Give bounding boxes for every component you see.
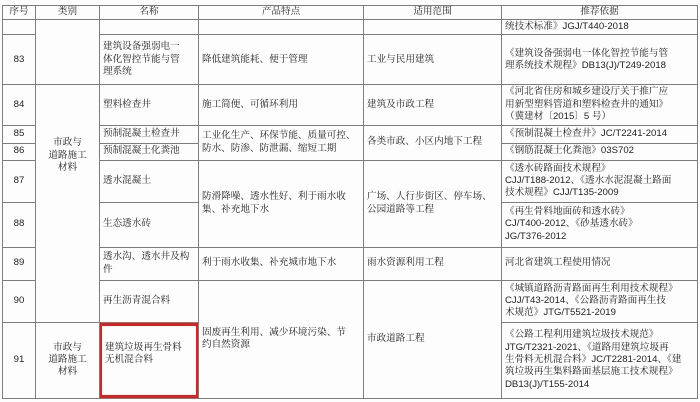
table-row-84: 84 市政与 道路施工 材料 塑料检查井 施工简便、可循环利用 建筑及市政工程 …: [3, 85, 698, 125]
cell-87-basis: 《透水砖路面技术规程》 CJJ/T188-2012、《透水水泥混凝土路面 技术规…: [502, 160, 698, 202]
cell-88-basis: 《再生骨料地面砖和透水砖》 CJ/T400-2012、《砂基透水砖》 JG/T3…: [502, 202, 698, 247]
cell-89-basis: 河北省建筑工程使用情况: [502, 247, 698, 280]
cell-84-no: 84: [3, 85, 36, 125]
table-row-89: 89 透水沟、透水井及构 件 利于雨水收集、补充城市地下水 雨水资源利用工程 河…: [3, 247, 698, 280]
table-row-83: 83 建筑设备强弱电一 体化智控节能与管 理系统 降低建筑能耗、便于管理 工业与…: [3, 35, 698, 85]
cell-85-basis: 《预制混凝土检查井》JC/T2241-2014: [502, 125, 698, 143]
col-header-no: 序号: [3, 6, 36, 20]
cell-89-scope: 雨水资源利用工程: [364, 247, 502, 280]
cell-89-no: 89: [3, 247, 36, 280]
cell-87-88-features: 防滑降噪、透水性好、利于雨水收 集、补充地下水: [199, 160, 364, 247]
cell-cont-features: [199, 20, 364, 35]
cell-cont-basis: 统技术标准》JGJ/T440-2018: [502, 20, 698, 35]
cell-91-name: 建筑垃圾再生骨料 无机混合料: [100, 322, 199, 398]
cell-88-name: 生态透水砖: [100, 202, 199, 247]
cell-83-features: 降低建筑能耗、便于管理: [199, 35, 364, 85]
cell-cont-name: [100, 20, 199, 35]
cell-91-basis: 《公路工程利用建筑垃圾技术规范》 JTG/T2321-2021、《道路用建筑垃圾…: [502, 322, 698, 398]
cell-87-name: 透水混凝土: [100, 160, 199, 202]
cell-83-scope: 工业与民用建筑: [364, 35, 502, 85]
col-header-category: 类别: [36, 6, 100, 20]
cell-84-scope: 建筑及市政工程: [364, 85, 502, 125]
cell-88-no: 88: [3, 202, 36, 247]
cell-83-no: 83: [3, 35, 36, 85]
col-header-scope: 适用范围: [364, 6, 502, 20]
cell-86-basis: 《钢筋混凝土化粪池》03S702: [502, 143, 698, 160]
cell-91-category: 市政与 道路施工 材料: [36, 322, 100, 398]
cell-90-basis: 《城镇道路沥青路面再生利用技术规程》 CJJ/T43-2014、《公路沥青路面再…: [502, 280, 698, 322]
cell-83-basis: 《建筑设备强弱电一体化智控节能与管 理系统技术规程》DB13(J)/T249-2…: [502, 35, 698, 85]
cell-85-name: 预制混凝土检查井: [100, 125, 199, 143]
col-header-features: 产品特点: [199, 6, 364, 20]
col-header-name: 名称: [100, 6, 199, 20]
cell-86-name: 预制混凝土化粪池: [100, 143, 199, 160]
table-row-85: 85 预制混凝土检查井 工业化生产、环保节能、质量可控、 防水、防渗、防泄漏、缩…: [3, 125, 698, 143]
cell-85-86-features: 工业化生产、环保节能、质量可控、 防水、防渗、防泄漏、缩短工期: [199, 125, 364, 160]
col-header-basis: 推荐依据: [502, 6, 698, 20]
highlighted-product-name: 建筑垃圾再生骨料 无机混合料: [103, 342, 195, 367]
cell-89-name: 透水沟、透水井及构 件: [100, 247, 199, 280]
cell-85-86-scope: 各类市政、小区内地下工程: [364, 125, 502, 160]
cell-85-no: 85: [3, 125, 36, 143]
cell-90-name: 再生沥青混合料: [100, 280, 199, 322]
cell-cont-scope: [364, 20, 502, 35]
table-row-87: 87 透水混凝土 防滑降噪、透水性好、利于雨水收 集、补充地下水 广场、人行步街…: [3, 160, 698, 202]
cell-87-no: 87: [3, 160, 36, 202]
cell-91-no: 91: [3, 322, 36, 398]
cell-90-no: 90: [3, 280, 36, 322]
cell-84-basis: 《河北省住房和城乡建设厅关于推广应 用新型塑料管道和塑料检查井的通知》 （冀建材…: [502, 85, 698, 125]
cell-90-91-features: 固废再生利用、减少环境污染、节 约自然资源: [199, 280, 364, 398]
cell-cont-category: [36, 20, 100, 85]
cell-87-88-scope: 广场、人行步街区、停车场、 公园道路等工程: [364, 160, 502, 247]
table-row-continuation: 统技术标准》JGJ/T440-2018: [3, 20, 698, 35]
cell-89-features: 利于雨水收集、补充城市地下水: [199, 247, 364, 280]
cell-83-name: 建筑设备强弱电一 体化智控节能与管 理系统: [100, 35, 199, 85]
table-row-90: 90 再生沥青混合料 固废再生利用、减少环境污染、节 约自然资源 市政道路工程 …: [3, 280, 698, 322]
cell-84-features: 施工简便、可循环利用: [199, 85, 364, 125]
products-table: 序号 类别 名称 产品特点 适用范围 推荐依据 统技术标准》JGJ/T440-2…: [2, 5, 698, 399]
cell-86-no: 86: [3, 143, 36, 160]
cell-90-91-scope: 市政道路工程: [364, 280, 502, 398]
cell-84-90-category: 市政与 道路施工 材料: [36, 85, 100, 322]
cell-84-name: 塑料检查井: [100, 85, 199, 125]
cell-cont-no: [3, 20, 36, 35]
header-row: 序号 类别 名称 产品特点 适用范围 推荐依据: [3, 6, 698, 20]
document-page: 序号 类别 名称 产品特点 适用范围 推荐依据 统技术标准》JGJ/T440-2…: [0, 0, 700, 402]
